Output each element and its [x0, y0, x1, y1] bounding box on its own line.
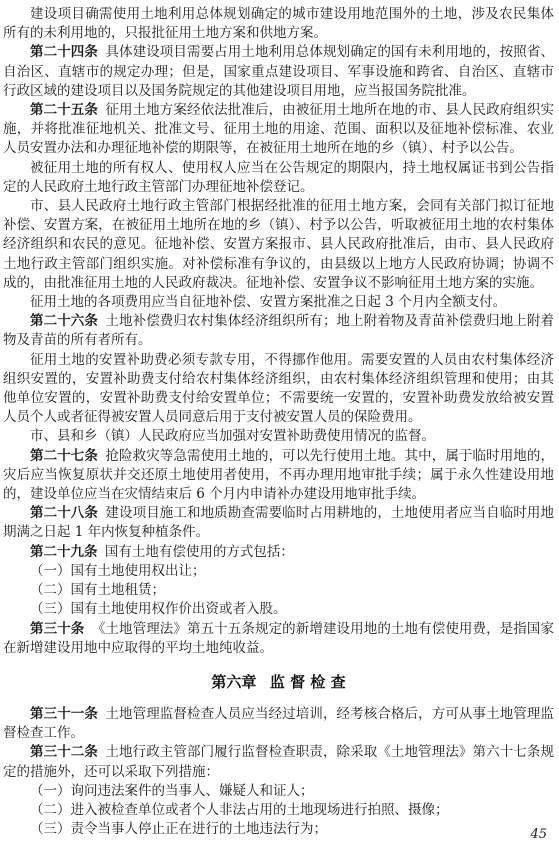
page-number: 45: [530, 825, 547, 844]
paragraph-text: （二）国有土地租赁；: [30, 582, 165, 598]
paragraph-text: 国有土地有偿使用的方式包括：: [105, 544, 294, 560]
article-number: 第二十七条: [30, 448, 98, 464]
article-number: 第三十二条: [30, 744, 98, 760]
chapter-number: 第六章: [211, 673, 256, 691]
body-paragraph: 征用土地的安置补助费必须专款专用，不得挪作他用。需要安置的人员由农村集体经济组织…: [3, 351, 554, 428]
article-paragraph: 第三十一条土地管理监督检查人员应当经过培训，经考核合格后，方可从事土地管理监督检…: [3, 705, 554, 743]
article-paragraph: 第二十八条建设项目施工和地质勘查需要临时占用耕地的，土地使用者应当自临时用地期满…: [3, 504, 554, 542]
paragraph-text: 建设项目确需使用土地利用总体规划确定的城市建设用地范围外的土地，涉及农民集体所有…: [3, 6, 554, 41]
paragraph-text: （三）责令当事人停止正在进行的土地违法行为；: [30, 821, 327, 837]
paragraph-text: 征用土地的各项费用应当自征地补偿、安置方案批准之日起 3 个月内全额支付。: [30, 294, 506, 310]
article-number: 第二十八条: [30, 505, 98, 521]
list-item-paragraph: （三）国有土地使用权作价出资或者入股。: [3, 600, 554, 619]
list-item-paragraph: （一）国有土地使用权出让；: [3, 562, 554, 581]
article-paragraph: 第二十七条抢险救灾等急需使用土地的，可以先行使用土地。其中，属于临时用地的，灾后…: [3, 447, 554, 505]
body-paragraph: 建设项目确需使用土地利用总体规划确定的城市建设用地范围外的土地，涉及农民集体所有…: [3, 5, 554, 43]
chapter-heading: 第六章监 督 检 查: [3, 671, 554, 693]
article-paragraph: 第三十条《土地管理法》第五十五条规定的新增建设用地的土地有偿使用费，是指国家在新…: [3, 620, 554, 658]
paragraph-text: （一）国有土地使用权出让；: [30, 563, 206, 579]
paragraph-text: （一）询问违法案件的当事人、嫌疑人和证人；: [30, 783, 314, 799]
article-number: 第二十五条: [30, 102, 98, 118]
article-number: 第二十六条: [30, 313, 98, 329]
paragraph-text: 征用土地的安置补助费必须专款专用，不得挪作他用。需要安置的人员由农村集体经济组织…: [3, 352, 554, 426]
article-paragraph: 第二十六条土地补偿费归农村集体经济组织所有；地上附着物及青苗补偿费归地上附着物及…: [3, 312, 554, 350]
document-page: 建设项目确需使用土地利用总体规划确定的城市建设用地范围外的土地，涉及农民集体所有…: [0, 0, 559, 850]
list-item-paragraph: （一）询问违法案件的当事人、嫌疑人和证人；: [3, 782, 554, 801]
article-number: 第二十九条: [30, 544, 98, 560]
paragraph-text: 市、县人民政府土地行政主管部门根据经批准的征用土地方案，会同有关部门拟订征地补偿…: [3, 198, 554, 291]
paragraph-text: （二）进入被检查单位或者个人非法占用的土地现场进行拍照、摄像；: [30, 802, 449, 818]
article-paragraph: 第二十九条国有土地有偿使用的方式包括：: [3, 543, 554, 562]
list-item-paragraph: （二）进入被检查单位或者个人非法占用的土地现场进行拍照、摄像；: [3, 801, 554, 820]
paragraph-text: （三）国有土地使用权作价出资或者入股。: [30, 601, 287, 617]
list-item-paragraph: （二）国有土地租赁；: [3, 581, 554, 600]
article-paragraph: 第三十二条土地行政主管部门履行监督检查职责，除采取《土地管理法》第六十七条规定的…: [3, 743, 554, 781]
chapter-title: 监 督 检 查: [270, 673, 346, 691]
article-number: 第二十四条: [30, 44, 98, 60]
body-paragraph: 征用土地的各项费用应当自征地补偿、安置方案批准之日起 3 个月内全额支付。: [3, 293, 554, 312]
body-paragraph: 被征用土地的所有权人、使用权人应当在公告规定的期限内，持土地权属证书到公告指定的…: [3, 159, 554, 197]
paragraph-text: 被征用土地的所有权人、使用权人应当在公告规定的期限内，持土地权属证书到公告指定的…: [3, 160, 554, 195]
body-paragraph: 市、县和乡（镇）人民政府应当加强对安置补助费使用情况的监督。: [3, 427, 554, 446]
article-number: 第三十一条: [30, 706, 98, 722]
paragraph-text: 《土地管理法》第五十五条规定的新增建设用地的土地有偿使用费，是指国家在新增建设用…: [3, 621, 554, 656]
list-item-paragraph: （三）责令当事人停止正在进行的土地违法行为；: [3, 820, 554, 839]
article-paragraph: 第二十四条具体建设项目需要占用土地利用总体规划确定的国有未利用地的，按照省、自治…: [3, 43, 554, 101]
article-paragraph: 第二十五条征用土地方案经依法批准后，由被征用土地所在地的市、县人民政府组织实施，…: [3, 101, 554, 159]
body-paragraph: 市、县人民政府土地行政主管部门根据经批准的征用土地方案，会同有关部门拟订征地补偿…: [3, 197, 554, 293]
paragraph-text: 市、县和乡（镇）人民政府应当加强对安置补助费使用情况的监督。: [30, 428, 435, 444]
article-number: 第三十条: [30, 621, 84, 637]
